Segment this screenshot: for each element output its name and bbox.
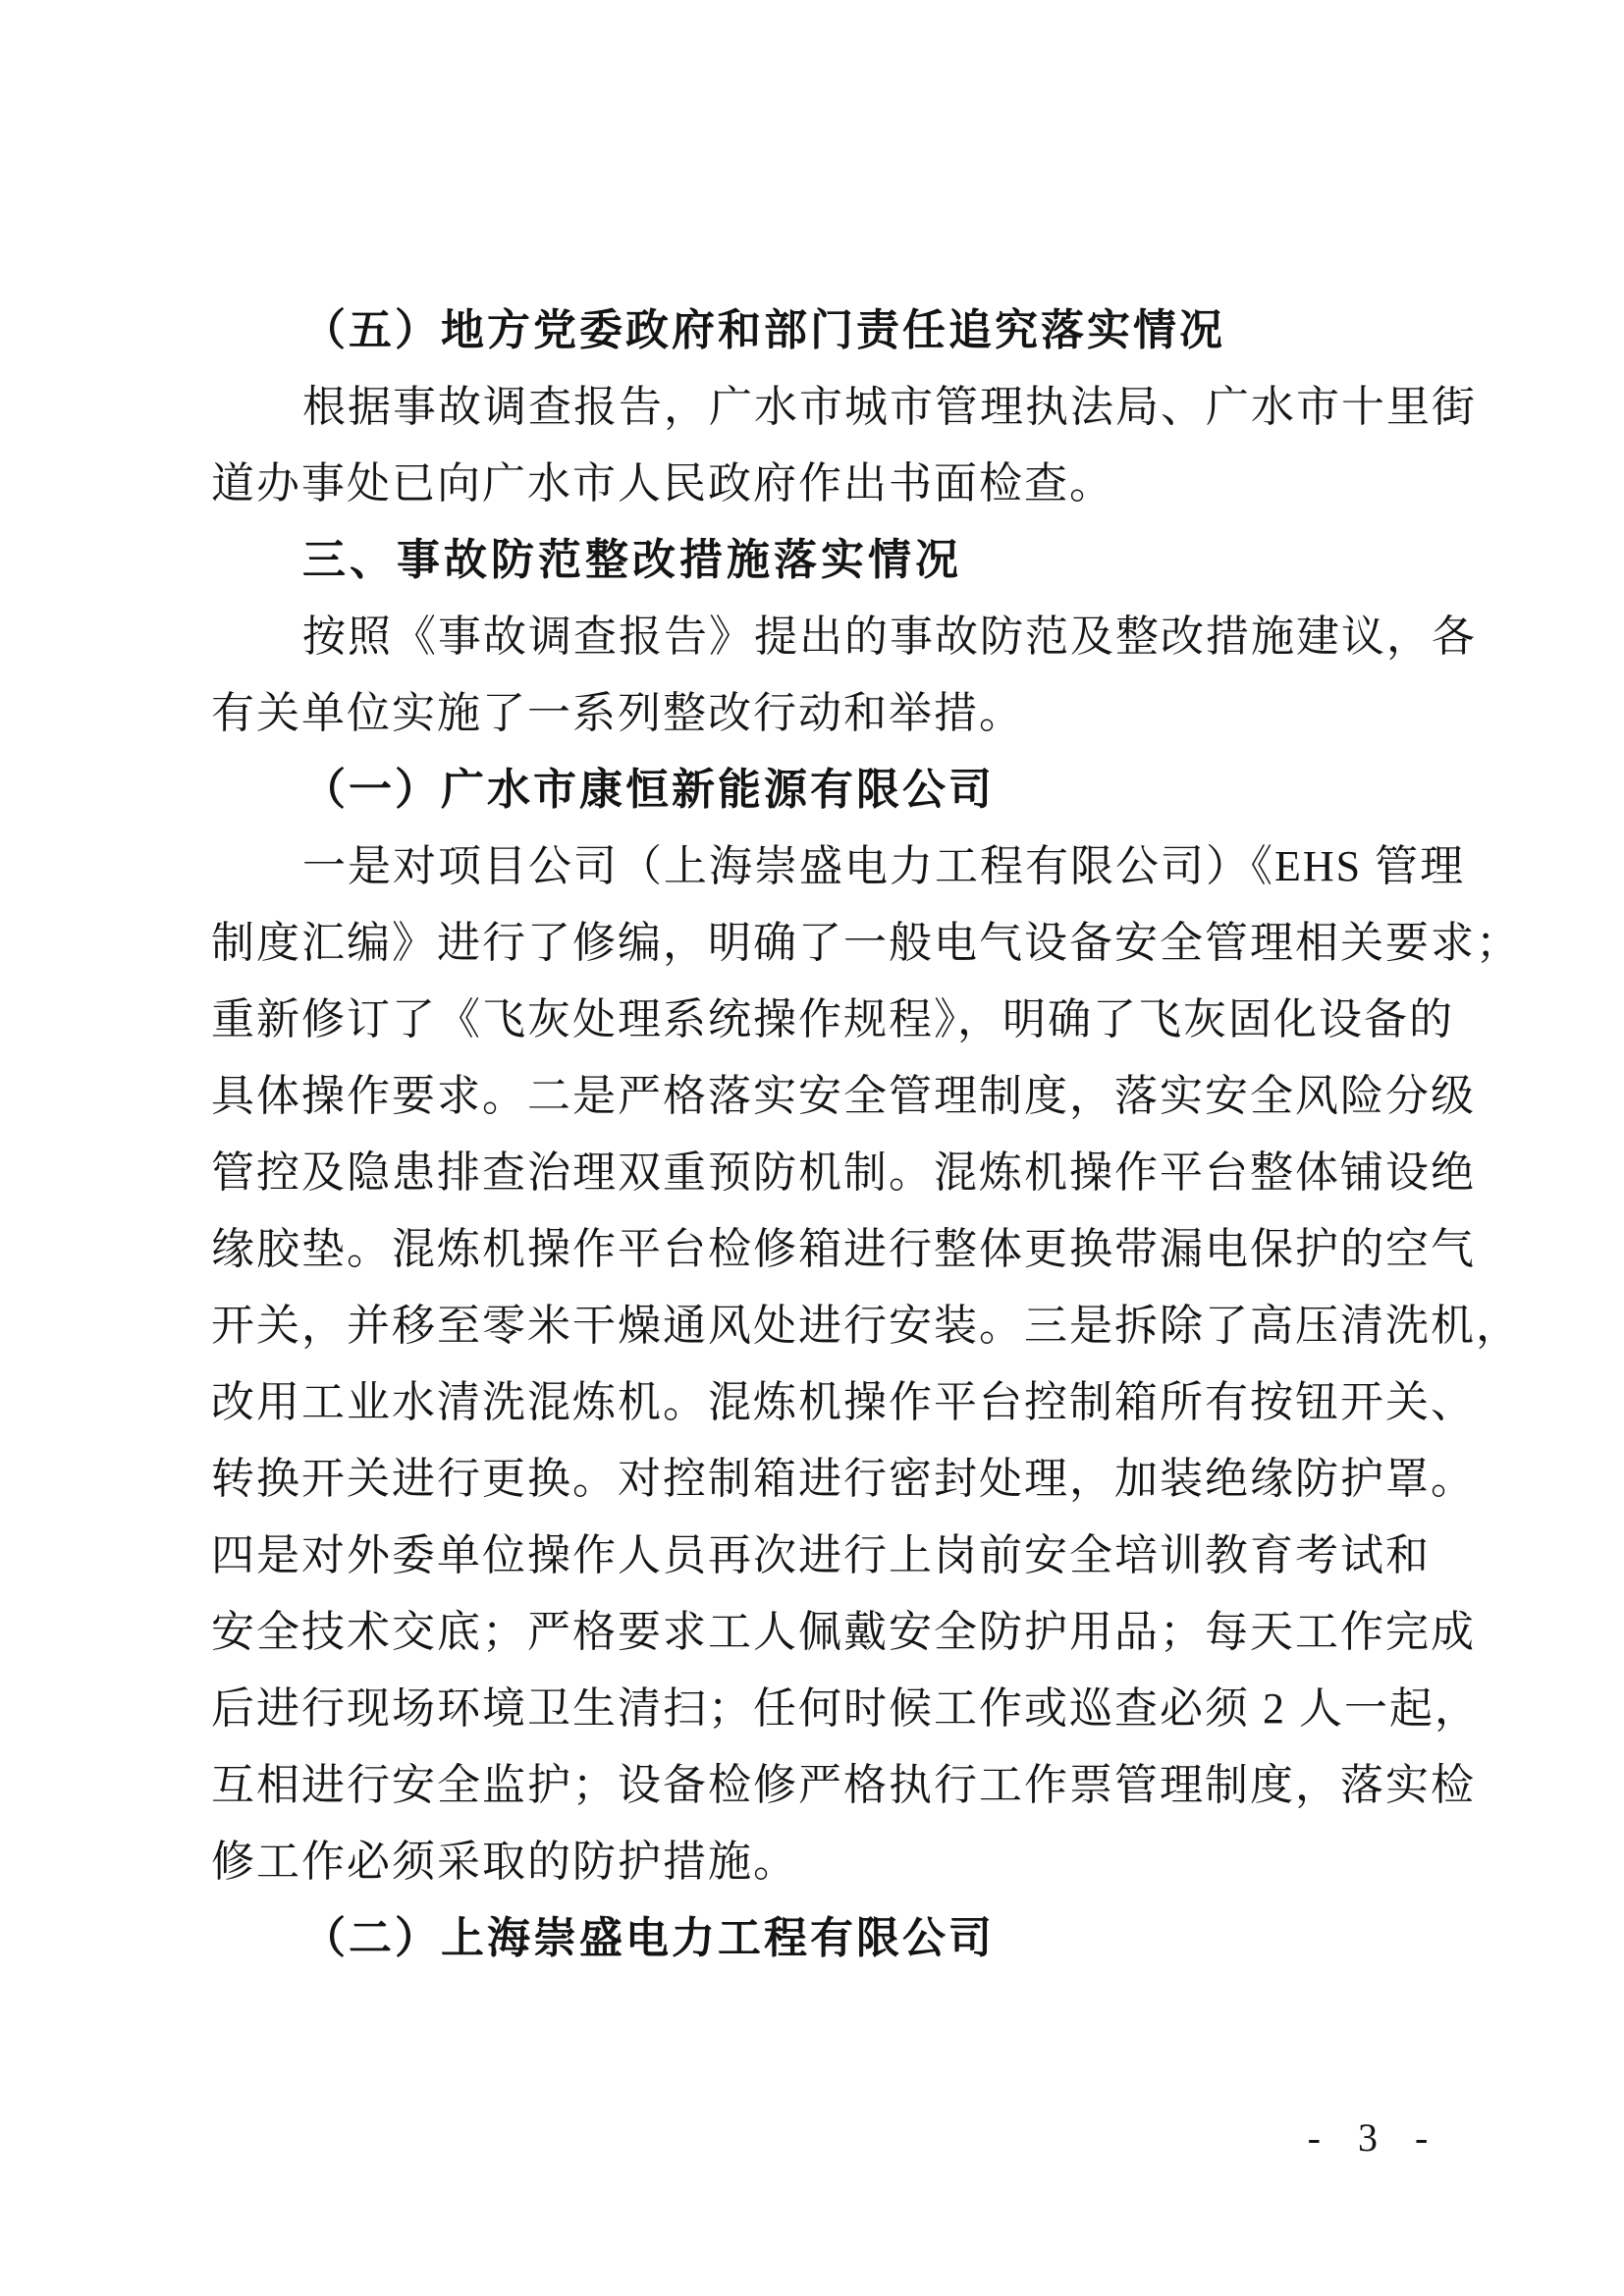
body-line: 改用工业水清洗混炼机。混炼机操作平台控制箱所有按钮开关、: [211, 1364, 1492, 1441]
body-line: 安全技术交底；严格要求工人佩戴安全防护用品；每天工作完成: [211, 1594, 1492, 1671]
body-line: 有关单位实施了一系列整改行动和举措。: [211, 675, 1492, 752]
section-heading-2: （二）上海崇盛电力工程有限公司: [211, 1900, 1492, 1977]
body-line: 后进行现场环境卫生清扫；任何时候工作或巡查必须 2 人一起，: [211, 1671, 1492, 1747]
body-line: 按照《事故调查报告》提出的事故防范及整改措施建议，各: [211, 599, 1492, 675]
body-line: 开关，并移至零米干燥通风处进行安装。三是拆除了高压清洗机，: [211, 1288, 1492, 1364]
body-line: 缘胶垫。混炼机操作平台检修箱进行整体更换带漏电保护的空气: [211, 1211, 1492, 1288]
chapter-heading-3: 三、事故防范整改措施落实情况: [211, 522, 1492, 599]
body-line: 四是对外委单位操作人员再次进行上岗前安全培训教育考试和: [211, 1518, 1492, 1594]
body-line: 一是对项目公司（上海崇盛电力工程有限公司）《EHS 管理: [211, 828, 1492, 905]
body-line: 制度汇编》进行了修编，明确了一般电气设备安全管理相关要求；: [211, 905, 1492, 982]
body-line: 道办事处已向广水市人民政府作出书面检查。: [211, 446, 1492, 522]
body-line: 互相进行安全监护；设备检修严格执行工作票管理制度，落实检: [211, 1747, 1492, 1824]
body-line: 具体操作要求。二是严格落实安全管理制度，落实安全风险分级: [211, 1058, 1492, 1135]
body-line: 管控及隐患排查治理双重预防机制。混炼机操作平台整体铺设绝: [211, 1135, 1492, 1211]
body-line: 根据事故调查报告，广水市城市管理执法局、广水市十里街: [211, 369, 1492, 446]
section-heading-1: （一）广水市康恒新能源有限公司: [211, 752, 1492, 828]
document-page: （五）地方党委政府和部门责任追究落实情况 根据事故调查报告，广水市城市管理执法局…: [0, 0, 1624, 2296]
body-line: 重新修订了《飞灰处理系统操作规程》，明确了飞灰固化设备的: [211, 982, 1492, 1058]
body-line: 修工作必须采取的防护措施。: [211, 1824, 1492, 1900]
body-line: 转换开关进行更换。对控制箱进行密封处理，加装绝缘防护罩。: [211, 1441, 1492, 1518]
page-number: - 3 -: [1247, 2109, 1502, 2167]
section-heading-5: （五）地方党委政府和部门责任追究落实情况: [211, 293, 1492, 369]
document-content: （五）地方党委政府和部门责任追究落实情况 根据事故调查报告，广水市城市管理执法局…: [211, 293, 1492, 1977]
